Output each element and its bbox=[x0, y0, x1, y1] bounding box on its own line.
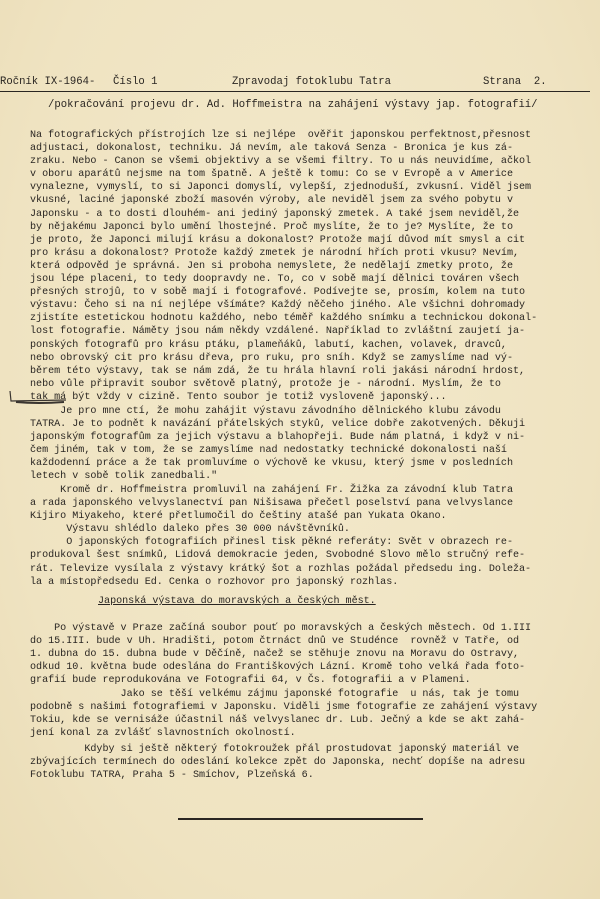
paragraph-contact: Kdyby si ještě některý fotokroužek přál … bbox=[30, 743, 525, 782]
text-line: Jako se těší velkému zájmu japonské foto… bbox=[30, 688, 537, 701]
text-line: Po výstavě v Praze začíná soubor pouť po… bbox=[30, 622, 531, 635]
text-line: TATRA. Je to podnět k navázání přátelský… bbox=[30, 418, 525, 431]
text-line: Tokiu, kde se vernisáže účastnil náš vel… bbox=[30, 714, 537, 727]
text-line: běrem této výstavy, tak se nám zdá, že t… bbox=[30, 365, 537, 378]
text-line: vkusné, laciné japonské zboží masovén vý… bbox=[30, 194, 537, 207]
text-line: Kromě dr. Hoffmeistra promluvil na zaháj… bbox=[30, 484, 531, 497]
text-line: rát. Televize vysílala z výstavy krátký … bbox=[30, 563, 531, 576]
text-line: nebo vůle připravit soubor světově platn… bbox=[30, 378, 537, 391]
text-line: přesných strojů, to v sobě mají i fotogr… bbox=[30, 286, 537, 299]
paragraph-speech-end: Je pro mne ctí, že mohu zahájit výstavu … bbox=[30, 405, 525, 484]
text-line: ponských fotografů pro krásu ptáku, plam… bbox=[30, 339, 537, 352]
text-line: letech v sobě tolik zanedbali." bbox=[30, 470, 525, 483]
text-line: Kijiro Miyakeho, které přetlumočil do če… bbox=[30, 510, 531, 523]
text-line: adjustaci, dokonalost, techniku. Já neví… bbox=[30, 142, 537, 155]
text-line: japonským fotografům za jejich výstavu a… bbox=[30, 431, 525, 444]
text-line: každodenní práce a že tak promluvíme o v… bbox=[30, 457, 525, 470]
text-line: lost fotografie. Náměty jsou nám někdy v… bbox=[30, 325, 537, 338]
text-line: Výstavu shlédlo daleko přes 30 000 návšt… bbox=[30, 523, 531, 536]
text-line: čem jiném, tak v tom, že se zamyslíme na… bbox=[30, 444, 525, 457]
text-line: jení konal za zvlášť slavnostních okolno… bbox=[30, 727, 537, 740]
text-line: Fotoklubu TATRA, Praha 5 - Smíchov, Plze… bbox=[30, 769, 525, 782]
text-line: do 15.III. bude v Uh. Hradišti, potom čt… bbox=[30, 635, 531, 648]
text-line: by nějakému Japonci bylo umění lhostejné… bbox=[30, 221, 537, 234]
text-line: zjistíte estetickou hodnotu každého, neb… bbox=[30, 312, 537, 325]
text-line: O japonských fotografiích přinesl tisk p… bbox=[30, 536, 531, 549]
paragraph-speech: Na fotografických přístrojích lze si nej… bbox=[30, 129, 537, 404]
paragraph-japan-exhibit: Jako se těší velkému zájmu japonské foto… bbox=[30, 688, 537, 740]
page-number: Strana 2. bbox=[483, 76, 547, 88]
text-line: a rada japonského velvyslanectví pan Niš… bbox=[30, 497, 531, 510]
text-line: výstavu: Čeho si na ní nejlépe všímáte? … bbox=[30, 299, 537, 312]
volume-label: Ročník IX-1964- bbox=[0, 76, 95, 88]
text-line: která odpověd je správná. Jen si proboha… bbox=[30, 260, 537, 273]
closing-rule bbox=[178, 818, 423, 820]
pen-mark-icon bbox=[8, 391, 68, 405]
text-line: grafií bude reprodukována ve Fotografii … bbox=[30, 674, 531, 687]
text-line: la a místopředsedu Ed. Cenka o rozhovor … bbox=[30, 576, 531, 589]
text-line: nebo obrovský cit pro krásu dřeva, pro r… bbox=[30, 352, 537, 365]
text-line: v oboru aparátů nejsme na tom špatně. A … bbox=[30, 168, 537, 181]
text-line: pro krásu a dokonalost? Protože každý zm… bbox=[30, 247, 537, 260]
text-line: Na fotografických přístrojích lze si nej… bbox=[30, 129, 537, 142]
text-line: Je pro mne ctí, že mohu zahájit výstavu … bbox=[30, 405, 525, 418]
text-line: odkud 10. května bude odeslána do Franti… bbox=[30, 661, 531, 674]
paragraph-opening-report: Kromě dr. Hoffmeistra promluvil na zaháj… bbox=[30, 484, 531, 589]
text-line: jsou lépe placeni, to tedy doopravdy ne.… bbox=[30, 273, 537, 286]
newsletter-title: Zpravodaj fotoklubu Tatra bbox=[232, 76, 391, 88]
text-line: zraku. Nebo - Canon se všemi objektivy a… bbox=[30, 155, 537, 168]
text-line: zbývajících termínech do odeslání kolekc… bbox=[30, 756, 525, 769]
text-line: produkoval šest snímků, Lidová demokraci… bbox=[30, 549, 531, 562]
continuation-subtitle: /pokračování projevu dr. Ad. Hoffmeistra… bbox=[48, 99, 538, 111]
text-line: vynalezne, vymyslí, to si Japonci domysl… bbox=[30, 181, 537, 194]
text-line: Japonsku - a to dosti dlouhém- ani jedin… bbox=[30, 208, 537, 221]
text-line: je proto, že Japonci milují krásu a doko… bbox=[30, 234, 537, 247]
text-line: 1. dubna do 15. dubna bude v Děčíně, nač… bbox=[30, 648, 531, 661]
issue-label: Číslo 1 bbox=[113, 76, 158, 88]
section-heading: Japonská výstava do moravských a českých… bbox=[98, 595, 376, 608]
paragraph-tour: Po výstavě v Praze začíná soubor pouť po… bbox=[30, 622, 531, 687]
text-line: podobně s našimi fotografiemi v Japonsku… bbox=[30, 701, 537, 714]
text-line: Kdyby si ještě některý fotokroužek přál … bbox=[30, 743, 525, 756]
page-header: Ročník IX-1964- Číslo 1 Zpravodaj fotokl… bbox=[0, 75, 590, 92]
text-line: tak má být vždy v cizině. Tento soubor j… bbox=[30, 391, 537, 404]
document-page: Ročník IX-1964- Číslo 1 Zpravodaj fotokl… bbox=[0, 0, 600, 899]
